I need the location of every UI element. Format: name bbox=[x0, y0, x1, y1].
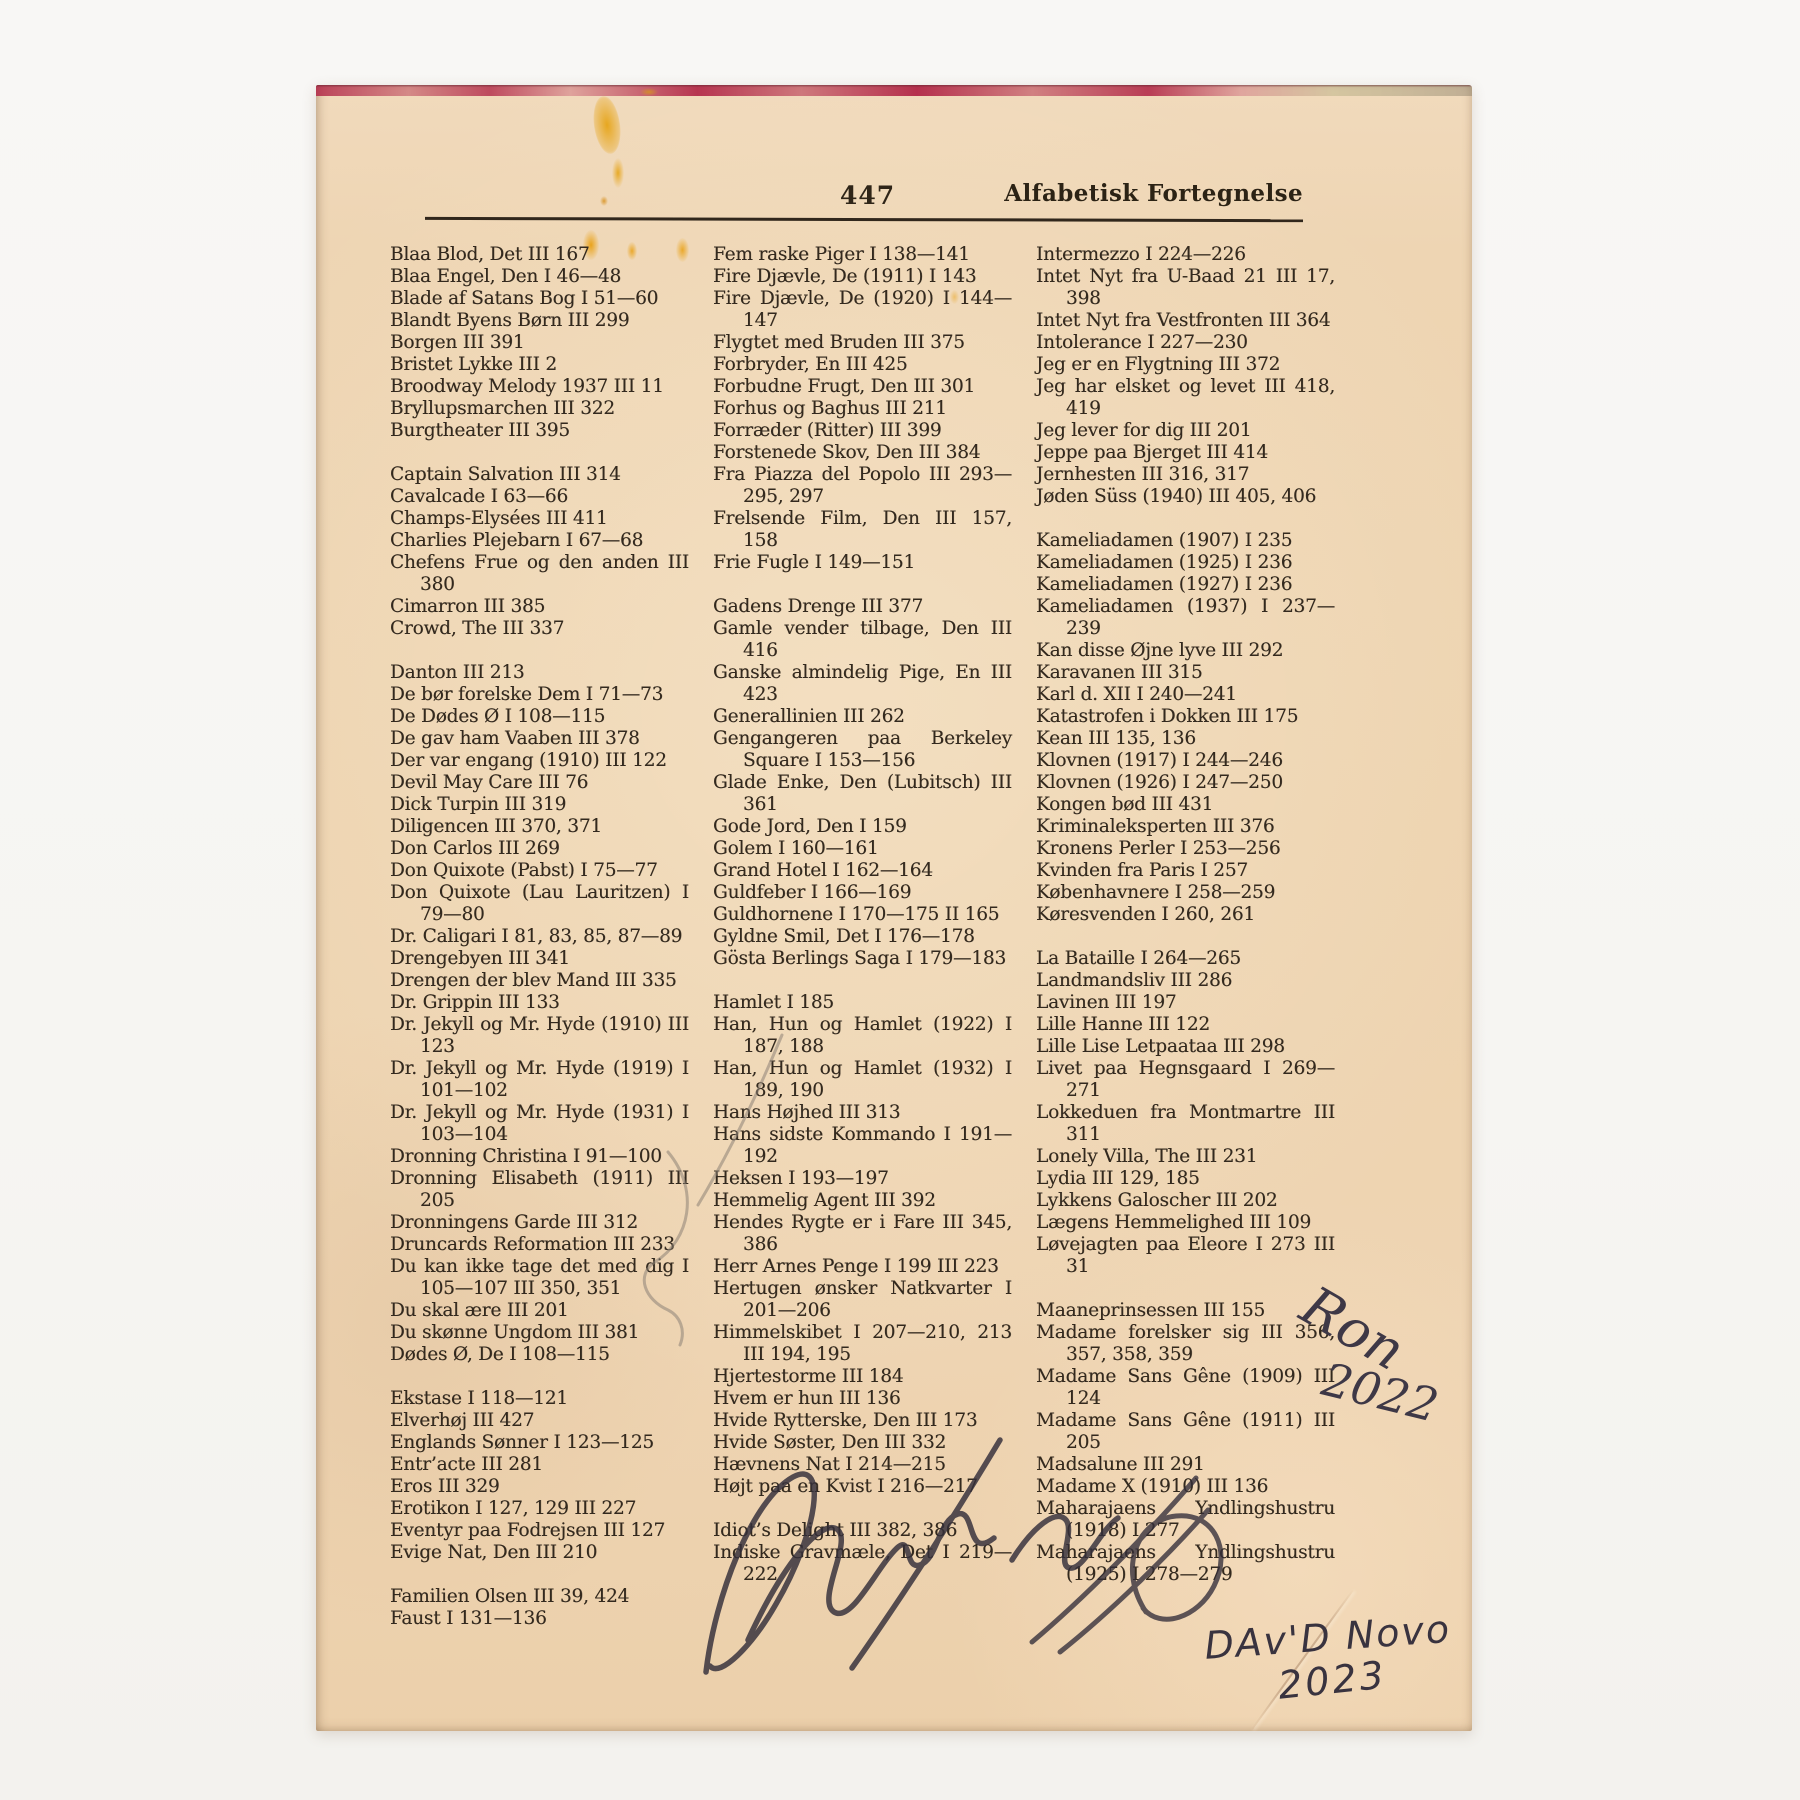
index-entry: Drengen der blev Mand III 335 bbox=[390, 970, 689, 992]
index-entry: Faust I 131—136 bbox=[390, 1608, 689, 1630]
index-entry: Han, Hun og Hamlet (1932) I 189, 190 bbox=[713, 1058, 1012, 1102]
index-entry: Landmandsliv III 286 bbox=[1036, 970, 1335, 992]
index-entry: Bryllupsmarchen III 322 bbox=[390, 398, 689, 420]
index-entry: Danton III 213 bbox=[390, 662, 689, 684]
index-entry: Blaa Blod, Det III 167 bbox=[390, 244, 689, 266]
index-entry: Karavanen III 315 bbox=[1036, 662, 1335, 684]
yellow-stain bbox=[612, 158, 624, 188]
scan-background: { "page": { "number": "447", "title": "A… bbox=[0, 0, 1800, 1800]
index-entry: Kean III 135, 136 bbox=[1036, 728, 1335, 750]
index-entry: Dr. Jekyll og Mr. Hyde (1910) III 123 bbox=[390, 1014, 689, 1058]
index-entry: Intet Nyt fra U-Baad 21 III 17, 398 bbox=[1036, 266, 1335, 310]
index-entry: Gadens Drenge III 377 bbox=[713, 596, 1012, 618]
index-entry: Forbudne Frugt, Den III 301 bbox=[713, 376, 1012, 398]
index-entry: Broodway Melody 1937 III 11 bbox=[390, 376, 689, 398]
index-entry: Evige Nat, Den III 210 bbox=[390, 1542, 689, 1564]
index-entry: Ganske almindelig Pige, En III 423 bbox=[713, 662, 1012, 706]
index-entry: Glade Enke, Den (Lubitsch) III 361 bbox=[713, 772, 1012, 816]
index-entry: Hans sidste Kommando I 191—192 bbox=[713, 1124, 1012, 1168]
index-entry: Hendes Rygte er i Fare III 345, 386 bbox=[713, 1212, 1012, 1256]
index-entry: Lægens Hemmelighed III 109 bbox=[1036, 1212, 1335, 1234]
index-entry: Idiot’s Delight III 382, 386 bbox=[713, 1520, 1012, 1542]
index-entry: Gyldne Smil, Det I 176—178 bbox=[713, 926, 1012, 948]
index-entry: Chefens Frue og den anden III 380 bbox=[390, 552, 689, 596]
index-entry: Cavalcade I 63—66 bbox=[390, 486, 689, 508]
index-entry: La Bataille I 264—265 bbox=[1036, 948, 1335, 970]
index-entry: Han, Hun og Hamlet (1922) I 187, 188 bbox=[713, 1014, 1012, 1058]
index-entry: Karl d. XII I 240—241 bbox=[1036, 684, 1335, 706]
index-entry: Kameliadamen (1937) I 237—239 bbox=[1036, 596, 1335, 640]
index-group: Captain Salvation III 314Cavalcade I 63—… bbox=[390, 464, 689, 640]
index-entry: Du kan ikke tage det med dig I 105—107 I… bbox=[390, 1256, 689, 1300]
index-entry: Hvem er hun III 136 bbox=[713, 1388, 1012, 1410]
index-entry: Fra Piazza del Popolo III 293—295, 297 bbox=[713, 464, 1012, 508]
index-entry: Kameliadamen (1907) I 235 bbox=[1036, 530, 1335, 552]
page-header-title: Alfabetisk Fortegnelse bbox=[1004, 180, 1303, 207]
index-group: Maaneprinsessen III 155Madame forelsker … bbox=[1036, 1300, 1335, 1586]
index-entry: Elverhøj III 427 bbox=[390, 1410, 689, 1432]
index-entry: Forhus og Baghus III 211 bbox=[713, 398, 1012, 420]
index-entry: Københavnere I 258—259 bbox=[1036, 882, 1335, 904]
index-entry: Kronens Perler I 253—256 bbox=[1036, 838, 1335, 860]
index-entry: Kriminaleksperten III 376 bbox=[1036, 816, 1335, 838]
index-entry: Generallinien III 262 bbox=[713, 706, 1012, 728]
index-entry: Borgen III 391 bbox=[390, 332, 689, 354]
index-entry: Gode Jord, Den I 159 bbox=[713, 816, 1012, 838]
index-group: Ekstase I 118—121Elverhøj III 427England… bbox=[390, 1388, 689, 1564]
index-entry: Kameliadamen (1925) I 236 bbox=[1036, 552, 1335, 574]
index-group: Danton III 213De bør forelske Dem I 71—7… bbox=[390, 662, 689, 1366]
index-entry: Erotikon I 127, 129 III 227 bbox=[390, 1498, 689, 1520]
index-entry: Lille Hanne III 122 bbox=[1036, 1014, 1335, 1036]
index-entry: Dr. Caligari I 81, 83, 85, 87—89 bbox=[390, 926, 689, 948]
index-columns: Blaa Blod, Det III 167Blaa Engel, Den I … bbox=[390, 244, 1335, 1630]
yellow-stain bbox=[600, 196, 608, 206]
index-entry: Madsalune III 291 bbox=[1036, 1454, 1335, 1476]
index-entry: Dr. Jekyll og Mr. Hyde (1919) I 101—102 bbox=[390, 1058, 689, 1102]
index-entry: Lille Lise Letpaataa III 298 bbox=[1036, 1036, 1335, 1058]
index-entry: Madame X (1910) III 136 bbox=[1036, 1476, 1335, 1498]
index-entry: Katastrofen i Dokken III 175 bbox=[1036, 706, 1335, 728]
index-entry: Guldhornene I 170—175 II 165 bbox=[713, 904, 1012, 926]
index-entry: Lavinen III 197 bbox=[1036, 992, 1335, 1014]
index-entry: Klovnen (1926) I 247—250 bbox=[1036, 772, 1335, 794]
index-entry: Intolerance I 227—230 bbox=[1036, 332, 1335, 354]
page-top-edge bbox=[316, 85, 1472, 96]
index-entry: Jeppe paa Bjerget III 414 bbox=[1036, 442, 1335, 464]
index-entry: Captain Salvation III 314 bbox=[390, 464, 689, 486]
index-entry: Heksen I 193—197 bbox=[713, 1168, 1012, 1190]
index-entry: Du skal ære III 201 bbox=[390, 1300, 689, 1322]
index-entry: Jeg er en Flygtning III 372 bbox=[1036, 354, 1335, 376]
index-entry: Forstenede Skov, Den III 384 bbox=[713, 442, 1012, 464]
index-entry: De gav ham Vaaben III 378 bbox=[390, 728, 689, 750]
index-entry: Madame Sans Gêne (1911) III 205 bbox=[1036, 1410, 1335, 1454]
index-group: Hamlet I 185Han, Hun og Hamlet (1922) I … bbox=[713, 992, 1012, 1498]
index-group: Intermezzo I 224—226Intet Nyt fra U-Baad… bbox=[1036, 244, 1335, 508]
header-rule bbox=[425, 217, 1303, 222]
index-entry: Jernhesten III 316, 317 bbox=[1036, 464, 1335, 486]
index-group: Blaa Blod, Det III 167Blaa Engel, Den I … bbox=[390, 244, 689, 442]
index-entry: Jeg har elsket og levet III 418, 419 bbox=[1036, 376, 1335, 420]
index-entry: Blade af Satans Bog I 51—60 bbox=[390, 288, 689, 310]
index-entry: Champs-Elysées III 411 bbox=[390, 508, 689, 530]
index-entry: De bør forelske Dem I 71—73 bbox=[390, 684, 689, 706]
index-entry: Don Quixote (Lau Lauritzen) I 79—80 bbox=[390, 882, 689, 926]
index-entry: Golem I 160—161 bbox=[713, 838, 1012, 860]
index-entry: Intermezzo I 224—226 bbox=[1036, 244, 1335, 266]
index-entry: Dronning Elisabeth (1911) III 205 bbox=[390, 1168, 689, 1212]
index-entry: Burgtheater III 395 bbox=[390, 420, 689, 442]
index-entry: Jeg lever for dig III 201 bbox=[1036, 420, 1335, 442]
index-entry: Lykkens Galoscher III 202 bbox=[1036, 1190, 1335, 1212]
index-entry: Hjertestorme III 184 bbox=[713, 1366, 1012, 1388]
index-column: Intermezzo I 224—226Intet Nyt fra U-Baad… bbox=[1036, 244, 1335, 1630]
page-number: 447 bbox=[840, 181, 895, 210]
index-entry: Maharajaens Yndlingshustru (1918) I 277 bbox=[1036, 1498, 1335, 1542]
index-entry: Familien Olsen III 39, 424 bbox=[390, 1586, 689, 1608]
index-entry: Kameliadamen (1927) I 236 bbox=[1036, 574, 1335, 596]
index-entry: Dr. Grippin III 133 bbox=[390, 992, 689, 1014]
index-entry: Løvejagten paa Eleore I 273 III 31 bbox=[1036, 1234, 1335, 1278]
index-entry: Flygtet med Bruden III 375 bbox=[713, 332, 1012, 354]
index-entry: Diligencen III 370, 371 bbox=[390, 816, 689, 838]
index-entry: Madame Sans Gêne (1909) III 124 bbox=[1036, 1366, 1335, 1410]
index-entry: De Dødes Ø I 108—115 bbox=[390, 706, 689, 728]
index-entry: Devil May Care III 76 bbox=[390, 772, 689, 794]
index-entry: Hævnens Nat I 214—215 bbox=[713, 1454, 1012, 1476]
index-entry: Charlies Plejebarn I 67—68 bbox=[390, 530, 689, 552]
index-entry: Hvide Rytterske, Den III 173 bbox=[713, 1410, 1012, 1432]
index-entry: Eros III 329 bbox=[390, 1476, 689, 1498]
index-entry: Dronningens Garde III 312 bbox=[390, 1212, 689, 1234]
index-entry: Hertugen ønsker Natkvarter I 201—206 bbox=[713, 1278, 1012, 1322]
index-entry: Maharajaens Yndlingshustru (1925) I 278—… bbox=[1036, 1542, 1335, 1586]
index-entry: Gösta Berlings Saga I 179—183 bbox=[713, 948, 1012, 970]
index-group: Gadens Drenge III 377Gamle vender tilbag… bbox=[713, 596, 1012, 970]
index-group: Familien Olsen III 39, 424Faust I 131—13… bbox=[390, 1586, 689, 1630]
index-entry: Don Quixote (Pabst) I 75—77 bbox=[390, 860, 689, 882]
index-entry: Forræder (Ritter) III 399 bbox=[713, 420, 1012, 442]
index-entry: Bristet Lykke III 2 bbox=[390, 354, 689, 376]
index-entry: Køresvenden I 260, 261 bbox=[1036, 904, 1335, 926]
index-entry: Hemmelig Agent III 392 bbox=[713, 1190, 1012, 1212]
index-entry: Entr’acte III 281 bbox=[390, 1454, 689, 1476]
index-entry: Ekstase I 118—121 bbox=[390, 1388, 689, 1410]
index-entry: Hamlet I 185 bbox=[713, 992, 1012, 1014]
index-entry: Lokkeduen fra Montmartre III 311 bbox=[1036, 1102, 1335, 1146]
index-entry: Intet Nyt fra Vestfronten III 364 bbox=[1036, 310, 1335, 332]
index-entry: Frie Fugle I 149—151 bbox=[713, 552, 1012, 574]
index-entry: Gamle vender tilbage, Den III 416 bbox=[713, 618, 1012, 662]
index-entry: Herr Arnes Penge I 199 III 223 bbox=[713, 1256, 1012, 1278]
index-entry: Hvide Søster, Den III 332 bbox=[713, 1432, 1012, 1454]
index-entry: Indiske Gravmæle, Det I 219—222 bbox=[713, 1542, 1012, 1586]
index-entry: Livet paa Hegnsgaard I 269—271 bbox=[1036, 1058, 1335, 1102]
index-entry: Klovnen (1917) I 244—246 bbox=[1036, 750, 1335, 772]
index-entry: Lonely Villa, The III 231 bbox=[1036, 1146, 1335, 1168]
index-entry: Don Carlos III 269 bbox=[390, 838, 689, 860]
index-entry: Gengangeren paa Berkeley Square I 153—15… bbox=[713, 728, 1012, 772]
index-entry: Du skønne Ungdom III 381 bbox=[390, 1322, 689, 1344]
index-entry: Jøden Süss (1940) III 405, 406 bbox=[1036, 486, 1335, 508]
index-entry: Drengebyen III 341 bbox=[390, 948, 689, 970]
index-entry: Dødes Ø, De I 108—115 bbox=[390, 1344, 689, 1366]
index-group: Idiot’s Delight III 382, 386Indiske Grav… bbox=[713, 1520, 1012, 1586]
index-entry: Cimarron III 385 bbox=[390, 596, 689, 618]
yellow-stain bbox=[590, 94, 624, 155]
index-entry: Lydia III 129, 185 bbox=[1036, 1168, 1335, 1190]
index-entry: Fem raske Piger I 138—141 bbox=[713, 244, 1012, 266]
index-entry: Eventyr paa Fodrejsen III 127 bbox=[390, 1520, 689, 1542]
index-entry: Guldfeber I 166—169 bbox=[713, 882, 1012, 904]
index-entry: Kvinden fra Paris I 257 bbox=[1036, 860, 1335, 882]
index-entry: Himmelskibet I 207—210, 213 III 194, 195 bbox=[713, 1322, 1012, 1366]
index-entry: Forbryder, En III 425 bbox=[713, 354, 1012, 376]
index-entry: Hans Højhed III 313 bbox=[713, 1102, 1012, 1124]
index-group: Fem raske Piger I 138—141Fire Djævle, De… bbox=[713, 244, 1012, 574]
index-entry: Dronning Christina I 91—100 bbox=[390, 1146, 689, 1168]
index-entry: Crowd, The III 337 bbox=[390, 618, 689, 640]
index-entry: Grand Hotel I 162—164 bbox=[713, 860, 1012, 882]
index-entry: Kongen bød III 431 bbox=[1036, 794, 1335, 816]
index-entry: Maaneprinsessen III 155 bbox=[1036, 1300, 1335, 1322]
index-group: Kameliadamen (1907) I 235Kameliadamen (1… bbox=[1036, 530, 1335, 926]
index-entry: Fire Djævle, De (1920) I 144—147 bbox=[713, 288, 1012, 332]
index-group: La Bataille I 264—265Landmandsliv III 28… bbox=[1036, 948, 1335, 1278]
index-column: Fem raske Piger I 138—141Fire Djævle, De… bbox=[713, 244, 1012, 1630]
index-entry: Fire Djævle, De (1911) I 143 bbox=[713, 266, 1012, 288]
index-entry: Højt paa en Kvist I 216—217 bbox=[713, 1476, 1012, 1498]
index-entry: Frelsende Film, Den III 157, 158 bbox=[713, 508, 1012, 552]
index-entry: Kan disse Øjne lyve III 292 bbox=[1036, 640, 1335, 662]
index-entry: Blandt Byens Børn III 299 bbox=[390, 310, 689, 332]
index-entry: Dick Turpin III 319 bbox=[390, 794, 689, 816]
book-page: 447 Alfabetisk Fortegnelse Blaa Blod, De… bbox=[316, 85, 1472, 1731]
index-column: Blaa Blod, Det III 167Blaa Engel, Den I … bbox=[390, 244, 689, 1630]
index-entry: Der var engang (1910) III 122 bbox=[390, 750, 689, 772]
index-entry: Druncards Reformation III 233 bbox=[390, 1234, 689, 1256]
index-entry: Dr. Jekyll og Mr. Hyde (1931) I 103—104 bbox=[390, 1102, 689, 1146]
index-entry: Englands Sønner I 123—125 bbox=[390, 1432, 689, 1454]
index-entry: Blaa Engel, Den I 46—48 bbox=[390, 266, 689, 288]
